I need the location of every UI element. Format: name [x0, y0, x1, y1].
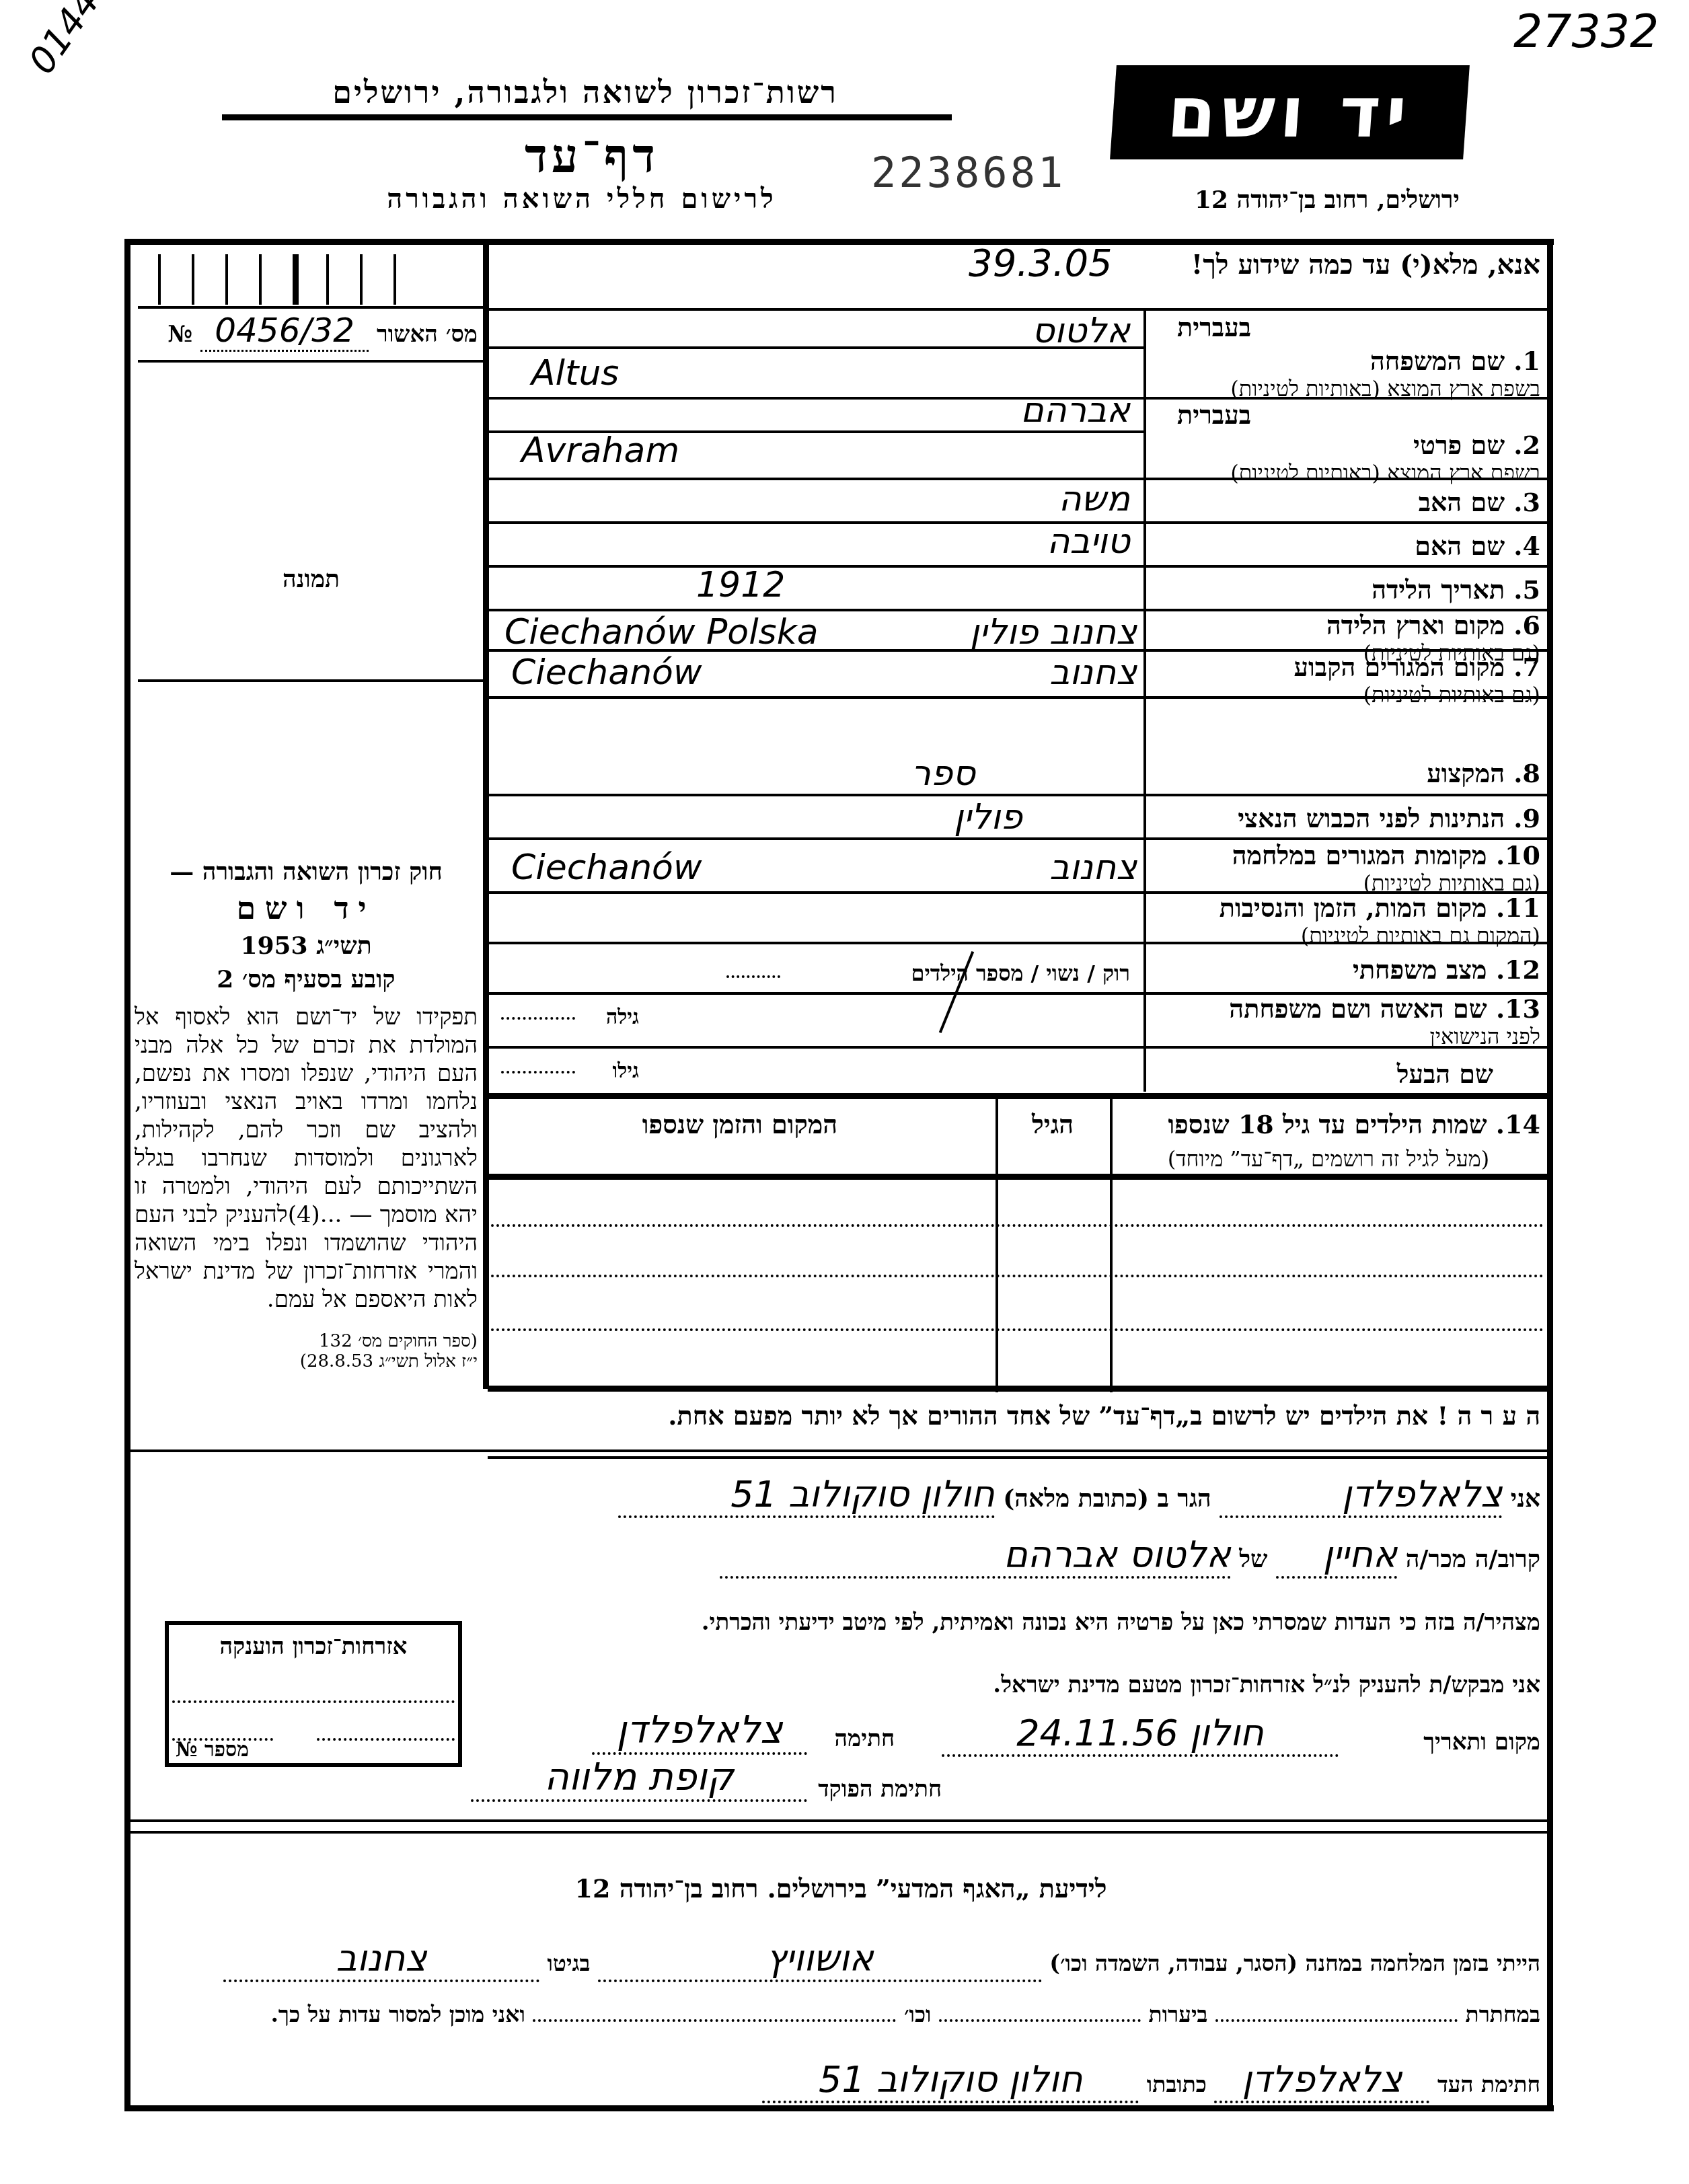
frame-top	[124, 239, 1554, 245]
family-name-hebrew[interactable]: אלטוס	[874, 311, 1130, 351]
children-row-1[interactable]	[491, 1224, 1544, 1227]
stamped-serial-number: 2238681	[871, 148, 1065, 197]
wife-age-field[interactable]	[501, 1017, 575, 1020]
field-1-hebrew-label: בעברית	[1150, 313, 1251, 342]
left-column-divider	[483, 239, 489, 1389]
citizenship-request: אני מבקש/ת להעניק לנ״ל אזרחות־זכרון מטעם…	[740, 1671, 1540, 1698]
approval-number-value: 0456/32	[200, 311, 369, 352]
marital-status-options: רוק / נשוי / מספר הילדים	[740, 961, 1130, 986]
field-3-label: 3. שם האב	[1150, 488, 1540, 517]
underground-field[interactable]	[1215, 2019, 1458, 2022]
field-2-label: 2. שם פרטי בשפת ארץ המוצא (באותיות לטיני…	[1150, 430, 1540, 486]
frame-bottom	[124, 2105, 1554, 2111]
field-2-hebrew-label: בעברית	[1150, 400, 1251, 430]
ticks-box-bottom	[138, 306, 484, 309]
declarant-signature[interactable]: צלאלפלדן	[592, 1708, 807, 1755]
children-row-2[interactable]	[491, 1275, 1544, 1277]
law-year: תשי״ג 1953	[135, 932, 478, 960]
husband-name-label: שם הבעל	[1150, 1059, 1493, 1089]
husband-age-field[interactable]	[501, 1071, 575, 1074]
law-clause: קובע בסעיף מס׳ 2	[135, 965, 478, 993]
birth-date[interactable]: 1912	[696, 565, 785, 605]
relation-value[interactable]: אחיין	[1276, 1534, 1397, 1579]
nationality[interactable]: פולין	[740, 797, 1022, 837]
form-title: דף־עד	[417, 128, 767, 184]
ghetto-value[interactable]: צחנוב	[223, 1937, 539, 1982]
underground-row: במחתרת ביערות וכו׳ ואני מוכן למסור עדות …	[135, 2001, 1540, 2028]
official-signature-label: חתימת הפוקד	[807, 1776, 942, 1803]
field-13-label: 13. שם האשה ושם משפחתהלפני הנישואין	[1150, 994, 1540, 1049]
photo-bottom	[138, 679, 484, 682]
field-5-label: 5. תאריך הלידה	[1150, 575, 1540, 605]
camp-value[interactable]: אושוויץ	[598, 1937, 1042, 1982]
photo-placeholder: תמונה	[138, 565, 484, 593]
note-bottom	[124, 1449, 1550, 1452]
approval-number: מס׳ האשור 0456/32 №	[148, 311, 478, 352]
top-left-archive-number: 014495	[20, 0, 135, 81]
witness-row: חתימת העד צלאלפלדן כתובתו חולון סוקולוב …	[471, 2058, 1540, 2103]
field-1-label: 1. שם המשפחה בשפת ארץ המוצא (באותיות לטי…	[1150, 346, 1540, 402]
stamp-box-title: אזרחות־זכרון הוענקה	[169, 1633, 458, 1660]
handwritten-code: 39.3.05	[969, 243, 1113, 284]
witness-address[interactable]: חולון סוקולוב 51	[762, 2058, 1139, 2103]
official-signature[interactable]: קופת מלווה	[471, 1756, 807, 1802]
subject-name[interactable]: אלטוס אברהם	[720, 1534, 1231, 1579]
law-source-2: י״ז אלול תשי״ג 28.8.53)	[135, 1351, 478, 1371]
etc-field[interactable]	[533, 2019, 896, 2022]
field-8-label: 8. המקצוע	[1150, 759, 1540, 788]
note-bottom-2	[488, 1456, 1550, 1459]
given-name-latin[interactable]: Avraham	[521, 430, 679, 471]
authority-name: רשות־זכרון לשואה ולגבורה, ירושלים	[222, 74, 948, 110]
children-header-age: הגיל	[1002, 1110, 1103, 1139]
declaration-statement: מצהיר/ה בזה כי העדות שמסרתי כאן על פרטיה…	[498, 1609, 1540, 1636]
label-column-divider	[1143, 308, 1146, 1092]
children-row-3[interactable]	[491, 1328, 1544, 1331]
scientific-section-top-2	[124, 1831, 1550, 1834]
family-name-latin[interactable]: Altus	[531, 353, 619, 393]
field-9-label: 9. הנתינות לפני הכבוש הנאצי	[1150, 804, 1540, 833]
field-4-label: 4. שם האם	[1150, 531, 1540, 561]
witness-signature[interactable]: צלאלפלדן	[1214, 2058, 1429, 2103]
death-place-field[interactable]	[491, 895, 1140, 940]
father-name[interactable]: משה	[874, 479, 1130, 519]
given-name-hebrew[interactable]: אברהם	[874, 390, 1130, 430]
residence-latin[interactable]: Ciechanów	[511, 652, 702, 693]
law-body: תפקידו של יד־ושם הוא לאסוף אל המולדת את …	[135, 1003, 478, 1314]
law-name: יד ושם	[135, 890, 478, 926]
top-right-archive-number: 27332	[1513, 5, 1659, 59]
residence-hebrew[interactable]: צחנוב	[874, 652, 1137, 693]
place-date-value[interactable]: חולון 24.11.56	[942, 1712, 1339, 1757]
children-count-field[interactable]	[726, 975, 780, 978]
field-11-label: 11. מקום המות, הזמן והנסיבות(המקום גם בא…	[1150, 893, 1540, 948]
signature-label: חתימה	[807, 1725, 895, 1752]
children-header-names: 14. שמות הילדים עד גיל 18 שנספו (מעל לגי…	[1117, 1110, 1540, 1172]
law-title: חוק זכרון השואה והגבורה —	[135, 858, 478, 886]
field-12-label: 12. מצב משפחתי	[1150, 955, 1540, 985]
scientific-section-title: לידיעת „האגף המדעי” בירושלים. רחוב בן־יה…	[336, 1873, 1345, 1904]
header-rule	[222, 114, 952, 120]
form-subtitle: לרישום חללי השואה והגבורה	[306, 183, 858, 215]
yad-vashem-logo: יד ושם	[1110, 65, 1470, 159]
declaration-line-2: קרוב/ה מכר/ה אחיין של אלטוס אברהם	[498, 1534, 1540, 1579]
section-divider	[488, 1093, 1550, 1099]
forests-field[interactable]	[939, 2019, 1141, 2022]
wartime-residence-hebrew[interactable]: צחנוב	[874, 848, 1137, 888]
place-date-label: מקום ותאריך	[1345, 1729, 1540, 1756]
frame-left	[124, 239, 130, 2109]
birth-place-hebrew[interactable]: צחנוב פולין	[874, 612, 1137, 652]
mother-name[interactable]: טויבה	[874, 521, 1130, 562]
memorial-citizenship-stamp-box: אזרחות־זכרון הוענקה מספר №	[165, 1621, 462, 1767]
husband-age-label: גילו	[585, 1059, 639, 1083]
wife-age-label: גילה	[585, 1006, 639, 1029]
declarant-name[interactable]: צלאלפלדן	[1219, 1473, 1502, 1518]
children-note: ה ע ר ה ! את הילדים יש לרשום ב„דף־עד” של…	[498, 1400, 1540, 1431]
ticks-box	[155, 249, 491, 306]
declarant-address[interactable]: חולון סוקולוב 51	[618, 1473, 995, 1518]
memorial-law-text: חוק זכרון השואה והגבורה — יד ושם תשי״ג 1…	[135, 858, 478, 1371]
scientific-section-top	[124, 1819, 1550, 1822]
address: ירושלים, רחוב בן־יהודה 12	[1076, 186, 1460, 214]
declaration-line-1: אני צלאלפלדן הגר ב (כתובת מלאה) חולון סו…	[498, 1473, 1540, 1518]
approval-row-bottom	[138, 360, 484, 363]
field-10-label: 10. מקומות המגורים במלחמה(גם באותיות לטי…	[1150, 841, 1540, 896]
camp-row: הייתי בזמן המלחמה במחנה (הסגר, עבודה, הש…	[135, 1937, 1540, 1982]
children-header-place: המקום והזמן שנספו	[491, 1110, 989, 1139]
field-7-label: 7. מקום המגורים הקבוע(גם באותיות לטיניות…	[1150, 652, 1540, 708]
law-source-1: (ספר החוקים מס׳ 132	[135, 1331, 478, 1351]
wartime-residence-latin[interactable]: Ciechanów	[511, 848, 702, 888]
birth-place-latin[interactable]: Ciechanów Polska	[504, 612, 819, 652]
profession[interactable]: ספר	[740, 753, 975, 794]
